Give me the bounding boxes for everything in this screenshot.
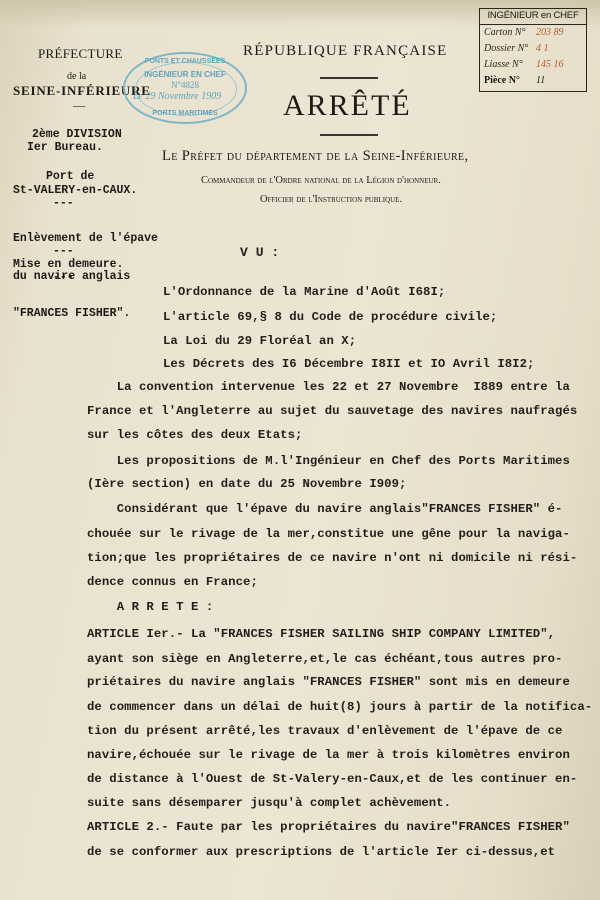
arrete-heading: A R R E T E : — [87, 600, 213, 614]
officier-line: Officier de l'Instruction publique. — [260, 194, 402, 205]
propositions-line: (Ière section) en date du 25 Novembre I9… — [87, 477, 406, 491]
de-la-label: de la — [67, 71, 86, 82]
margin-dashes: --- — [53, 245, 74, 258]
mise-en-demeure-label: Mise en demeure. — [13, 258, 123, 271]
article1-line: de distance à l'Ouest de St-Valery-en-Ca… — [87, 772, 577, 786]
subject-line: Enlèvement de l'épave — [13, 233, 158, 246]
port-de-label: Port de — [46, 170, 94, 183]
commandeur-line: Commandeur de l'Ordre national de la Lég… — [201, 175, 441, 186]
ingenieur-stamp: PONTS ET CHAUSSÉES INGÉNIEUR EN CHEF N°4… — [123, 52, 247, 124]
republique-heading: RÉPUBLIQUE FRANÇAISE — [243, 43, 447, 60]
vu-heading: V U : — [240, 245, 279, 260]
registry-row-carton: Carton N°203 89 — [484, 27, 564, 38]
subject-line: "FRANCES FISHER". — [13, 308, 158, 321]
registry-row-dossier: Dossier N°4 1 — [484, 43, 549, 54]
prefecture-label: PRÉFECTURE — [38, 46, 123, 62]
document-page: PRÉFECTURE de la SEINE-INFÉRIEURE — PONT… — [0, 0, 600, 900]
convention-line: La convention intervenue les 22 et 27 No… — [87, 380, 570, 394]
stamp-date: Le 29 Novembre 1909 — [133, 91, 245, 102]
stamp-number: N°4828 — [125, 80, 245, 90]
considerant-line: dence connus en France; — [87, 575, 258, 589]
bureau-label: Ier Bureau. — [27, 141, 103, 154]
article1-line: ARTICLE Ier.- La "FRANCES FISHER SAILING… — [87, 627, 555, 641]
vu-item: L'Ordonnance de la Marine d'Août I68I; — [163, 285, 445, 299]
article1-line: tion du présent arrêté,les travaux d'enl… — [87, 724, 562, 738]
propositions-line: Les propositions de M.l'Ingénieur en Che… — [87, 454, 570, 468]
prefet-line: Le Préfet du département de la Seine-Inf… — [162, 148, 469, 165]
article2-line: de se conformer aux prescriptions de l'a… — [87, 845, 555, 859]
stamp-bottom-arc: PORTS MARITIMES — [125, 110, 245, 117]
divider-line — [320, 77, 378, 79]
registry-title: INGÉNIEUR en CHEF — [480, 8, 586, 25]
vu-item: La Loi du 29 Floréal an X; — [163, 334, 356, 348]
article1-line: navire,échouée sur le rivage de la mer à… — [87, 748, 570, 762]
margin-dashes: --- — [53, 271, 74, 284]
article1-line: suite sans désemparer jusqu'à complet ac… — [87, 796, 451, 810]
article1-line: de commencer dans un délai de huit(8) jo… — [87, 700, 592, 714]
subject-line: du navire anglais — [13, 271, 158, 284]
vu-item: L'article 69,§ 8 du Code de procédure ci… — [163, 310, 497, 324]
registry-row-piece: Pièce N°11 — [484, 75, 545, 86]
convention-line: sur les côtes des deux Etats; — [87, 428, 302, 442]
vu-item: Les Décrets des I6 Décembre I8II et IO A… — [163, 357, 534, 371]
division-label: 2ème DIVISION — [32, 128, 122, 141]
convention-line: France et l'Angleterre au sujet du sauve… — [87, 404, 577, 418]
considerant-line: tion;que les propriétaires de ce navire … — [87, 551, 577, 565]
article2-line: ARTICLE 2.- Faute par les propriétaires … — [87, 820, 570, 834]
considerant-line: Considérant que l'épave du navire anglai… — [87, 502, 562, 516]
registry-row-liasse: Liasse N°145 16 — [484, 59, 564, 70]
considerant-line: chouée sur le rivage de la mer,constitue… — [87, 527, 570, 541]
subject-block: Enlèvement de l'épave du navire anglais … — [13, 208, 158, 346]
port-name: St-VALERY-en-CAUX. — [13, 184, 137, 197]
document-title: ARRÊTÉ — [283, 89, 412, 123]
stamp-title: INGÉNIEUR EN CHEF — [125, 70, 245, 79]
article1-line: ayant son siège en Angleterre,et,le cas … — [87, 652, 562, 666]
divider-line — [320, 134, 378, 136]
stamp-top-arc: PONTS ET CHAUSSÉES — [125, 58, 245, 65]
registry-box: INGÉNIEUR en CHEF Carton N°203 89 Dossie… — [479, 8, 587, 92]
header-separator: — — [73, 98, 85, 113]
article1-line: priétaires du navire anglais "FRANCES FI… — [87, 675, 570, 689]
